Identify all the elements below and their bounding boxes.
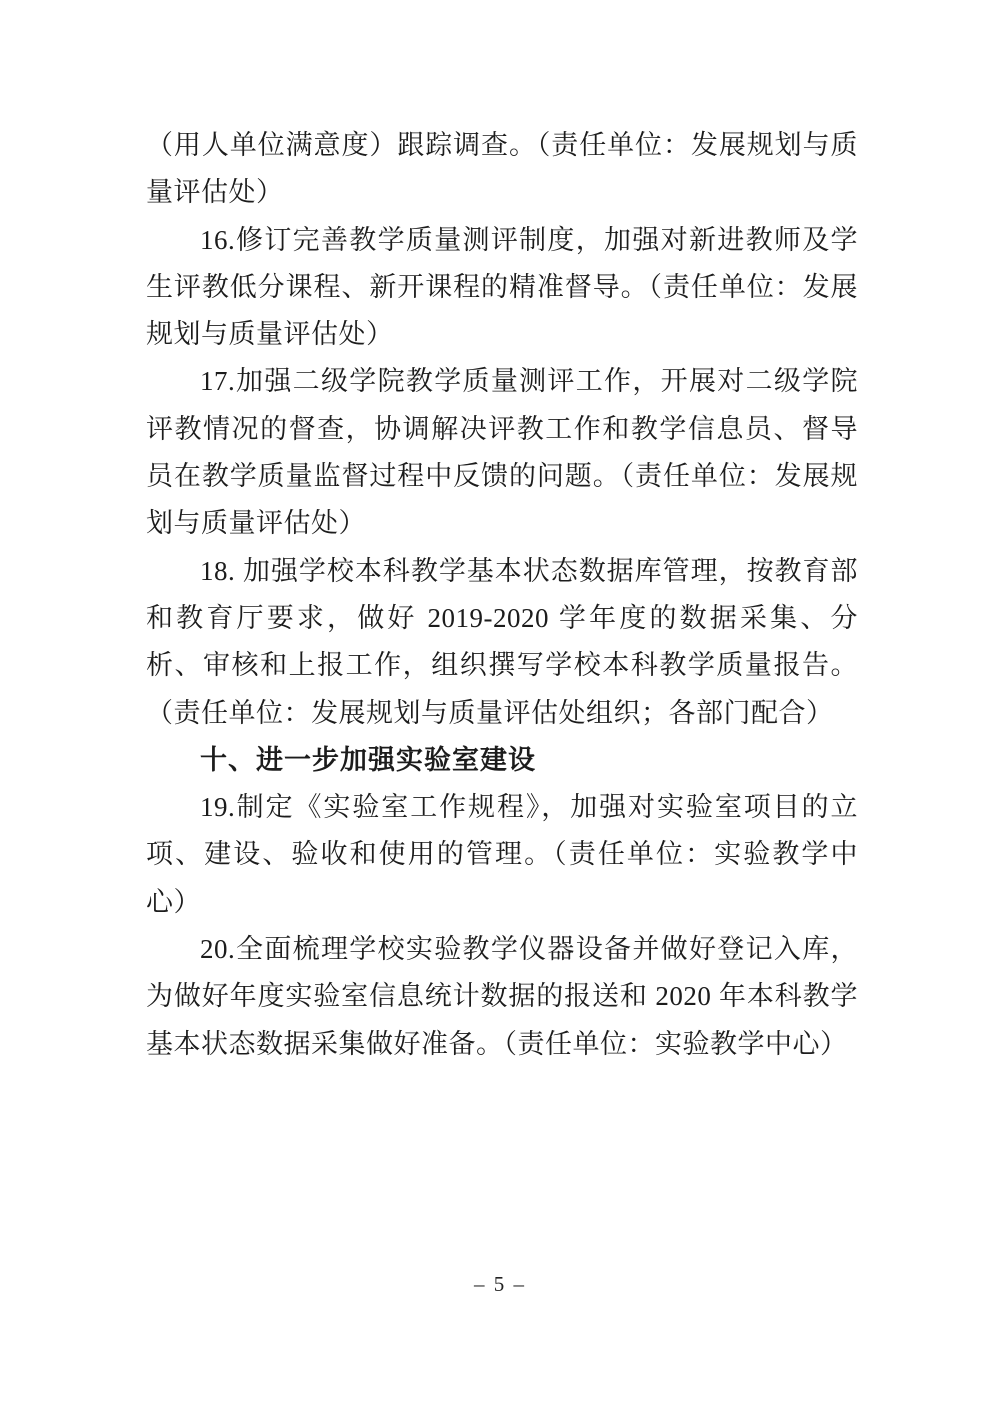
list-item-16: 16.修订完善教学质量测评制度，加强对新进教师及学生评教低分课程、新开课程的精准… (146, 217, 858, 359)
list-item-19: 19.制定《实验室工作规程》，加强对实验室项目的立项、建设、验收和使用的管理。（… (146, 784, 858, 926)
list-item-20: 20.全面梳理学校实验教学仪器设备并做好登记入库，为做好年度实验室信息统计数据的… (146, 926, 858, 1068)
document-body: （用人单位满意度）跟踪调查。（责任单位：发展规划与质量评估处） 16.修订完善教… (146, 122, 858, 1068)
document-page: （用人单位满意度）跟踪调查。（责任单位：发展规划与质量评估处） 16.修订完善教… (0, 0, 1000, 1414)
page-number: – 5 – (0, 1272, 1000, 1297)
section-heading: 十、进一步加强实验室建设 (146, 737, 858, 784)
list-item-18: 18. 加强学校本科教学基本状态数据库管理，按教育部和教育厅要求，做好 2019… (146, 548, 858, 737)
paragraph-continuation: （用人单位满意度）跟踪调查。（责任单位：发展规划与质量评估处） (146, 122, 858, 217)
list-item-17: 17.加强二级学院教学质量测评工作，开展对二级学院评教情况的督查，协调解决评教工… (146, 358, 858, 547)
